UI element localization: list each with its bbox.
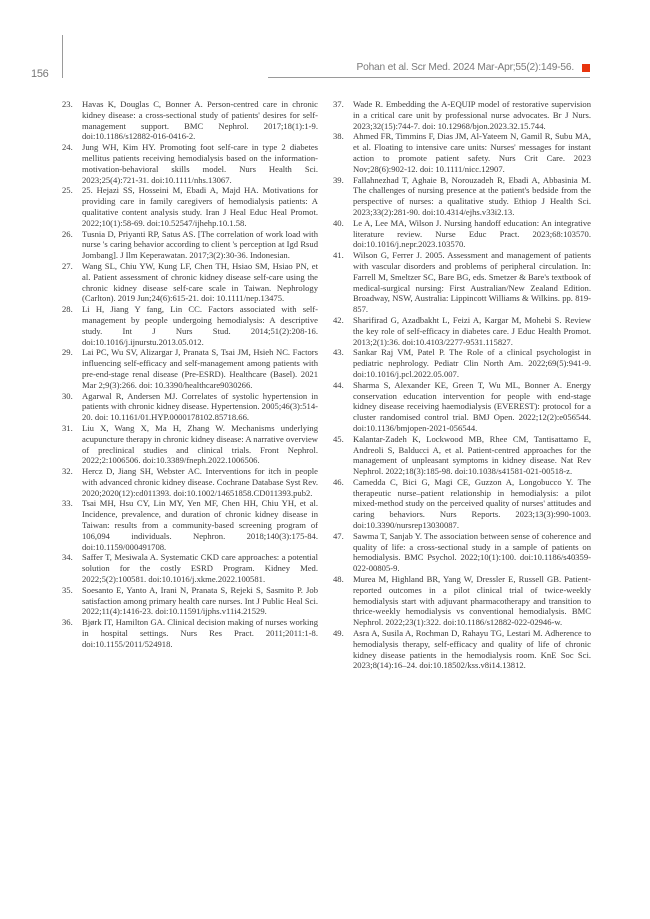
reference-number: 36.	[62, 617, 73, 628]
reference-item: 28.Li H, Jiang Y fang, Lin CC. Factors a…	[62, 304, 318, 347]
reference-text: Le A, Lee MA, Wilson J. Nursing handoff …	[353, 218, 591, 250]
reference-text: Camedda C, Bici G, Magi CE, Guzzon A, Lo…	[353, 477, 591, 530]
reference-list: 37.Wade R. Embedding the A-EQUIP model o…	[333, 99, 591, 671]
reference-item: 41.Wilson G, Ferrer J. 2005. Assessment …	[333, 250, 591, 315]
reference-item: 27.Wang SL, Chiu YW, Kung LF, Chen TH, H…	[62, 261, 318, 304]
reference-item: 42.Sharifirad G, Azadbakht L, Feizi A, K…	[333, 315, 591, 347]
reference-item: 32.Hercz D, Jiang SH, Webster AC. Interv…	[62, 466, 318, 498]
reference-number: 24.	[62, 142, 73, 153]
reference-number: 48.	[333, 574, 344, 585]
reference-item: 33.Tsai MH, Hsu CY, Lin MY, Yen MF, Chen…	[62, 498, 318, 552]
reference-text: Sawma T, Sanjab Y. The association betwe…	[353, 531, 591, 573]
reference-text: 25. Hejazi SS, Hosseini M, Ebadi A, Majd…	[82, 185, 318, 227]
reference-list: 23.Havas K, Douglas C, Bonner A. Person-…	[62, 99, 318, 650]
reference-item: 43.Sankar Raj VM, Patel P. The Role of a…	[333, 347, 591, 379]
reference-text: Lai PC, Wu SV, Alizargar J, Pranata S, T…	[82, 347, 318, 389]
reference-number: 40.	[333, 218, 344, 229]
reference-item: 31.Liu X, Wang X, Ma H, Zhang W. Mechani…	[62, 423, 318, 466]
reference-text: Sharifirad G, Azadbakht L, Feizi A, Karg…	[353, 315, 591, 347]
reference-number: 34.	[62, 552, 73, 563]
reference-number: 29.	[62, 347, 73, 358]
page-number-divider	[62, 35, 63, 78]
reference-item: 38.Ahmed FR, Timmins F, Dias JM, Al-Yate…	[333, 131, 591, 174]
reference-text: Liu X, Wang X, Ma H, Zhang W. Mechanisms…	[82, 423, 318, 465]
reference-number: 47.	[333, 531, 344, 542]
reference-text: Agarwal R, Andersen MJ. Correlates of sy…	[82, 391, 318, 423]
reference-text: Li H, Jiang Y fang, Lin CC. Factors asso…	[82, 304, 318, 346]
reference-number: 43.	[333, 347, 344, 358]
reference-item: 45.Kalantar-Zadeh K, Lockwood MB, Rhee C…	[333, 434, 591, 477]
reference-text: Asra A, Susila A, Rochman D, Rahayu TG, …	[353, 628, 591, 670]
page-number: 156	[31, 68, 48, 80]
reference-number: 49.	[333, 628, 344, 639]
reference-item: 40.Le A, Lee MA, Wilson J. Nursing hando…	[333, 218, 591, 250]
reference-text: Havas K, Douglas C, Bonner A. Person-cen…	[82, 99, 318, 141]
reference-text: Sankar Raj VM, Patel P. The Role of a cl…	[353, 347, 591, 379]
reference-number: 38.	[333, 131, 344, 142]
reference-text: Fallahnezhad T, Aghaie B, Norouzadeh R, …	[353, 175, 591, 217]
reference-number: 30.	[62, 391, 73, 402]
reference-text: Tusnia D, Priyanti RP, Satus AS. [The co…	[82, 229, 318, 261]
reference-number: 37.	[333, 99, 344, 110]
running-head-citation: Pohan et al. Scr Med. 2024 Mar-Apr;55(2)…	[357, 62, 574, 73]
reference-item: 34.Saffer T, Mesiwala A. Systematic CKD …	[62, 552, 318, 584]
reference-text: Bjørk IT, Hamilton GA. Clinical decision…	[82, 617, 318, 649]
reference-number: 42.	[333, 315, 344, 326]
reference-text: Tsai MH, Hsu CY, Lin MY, Yen MF, Chen HH…	[82, 498, 318, 551]
reference-item: 36.Bjørk IT, Hamilton GA. Clinical decis…	[62, 617, 318, 649]
reference-item: 30.Agarwal R, Andersen MJ. Correlates of…	[62, 391, 318, 423]
reference-item: 25.25. Hejazi SS, Hosseini M, Ebadi A, M…	[62, 185, 318, 228]
reference-number: 46.	[333, 477, 344, 488]
references-column-right: 37.Wade R. Embedding the A-EQUIP model o…	[333, 99, 591, 671]
reference-text: Murea M, Highland BR, Yang W, Dressler E…	[353, 574, 591, 627]
reference-number: 35.	[62, 585, 73, 596]
reference-number: 39.	[333, 175, 344, 186]
reference-item: 24.Jung WH, Kim HY. Promoting foot self-…	[62, 142, 318, 185]
reference-number: 25.	[62, 185, 73, 196]
reference-item: 46.Camedda C, Bici G, Magi CE, Guzzon A,…	[333, 477, 591, 531]
reference-item: 26.Tusnia D, Priyanti RP, Satus AS. [The…	[62, 229, 318, 261]
reference-item: 48.Murea M, Highland BR, Yang W, Dressle…	[333, 574, 591, 628]
reference-item: 37.Wade R. Embedding the A-EQUIP model o…	[333, 99, 591, 131]
reference-item: 49.Asra A, Susila A, Rochman D, Rahayu T…	[333, 628, 591, 671]
reference-item: 35.Soesanto E, Yanto A, Irani N, Pranata…	[62, 585, 318, 617]
reference-number: 23.	[62, 99, 73, 110]
reference-text: Sharma S, Alexander KE, Green T, Wu ML, …	[353, 380, 591, 433]
reference-text: Jung WH, Kim HY. Promoting foot self-car…	[82, 142, 318, 184]
reference-number: 44.	[333, 380, 344, 391]
reference-text: Ahmed FR, Timmins F, Dias JM, Al-Yateem …	[353, 131, 591, 173]
reference-item: 44.Sharma S, Alexander KE, Green T, Wu M…	[333, 380, 591, 434]
reference-text: Hercz D, Jiang SH, Webster AC. Intervent…	[82, 466, 318, 498]
reference-number: 28.	[62, 304, 73, 315]
reference-number: 32.	[62, 466, 73, 477]
reference-item: 29.Lai PC, Wu SV, Alizargar J, Pranata S…	[62, 347, 318, 390]
reference-text: Soesanto E, Yanto A, Irani N, Pranata S,…	[82, 585, 318, 617]
reference-item: 23.Havas K, Douglas C, Bonner A. Person-…	[62, 99, 318, 142]
reference-item: 47.Sawma T, Sanjab Y. The association be…	[333, 531, 591, 574]
running-head: Pohan et al. Scr Med. 2024 Mar-Apr;55(2)…	[268, 62, 590, 78]
reference-number: 33.	[62, 498, 73, 509]
reference-text: Wade R. Embedding the A-EQUIP model of r…	[353, 99, 591, 131]
reference-number: 27.	[62, 261, 73, 272]
references-column-left: 23.Havas K, Douglas C, Bonner A. Person-…	[62, 99, 318, 650]
reference-text: Kalantar-Zadeh K, Lockwood MB, Rhee CM, …	[353, 434, 591, 476]
reference-text: Wang SL, Chiu YW, Kung LF, Chen TH, Hsia…	[82, 261, 318, 303]
reference-text: Saffer T, Mesiwala A. Systematic CKD car…	[82, 552, 318, 584]
reference-number: 26.	[62, 229, 73, 240]
reference-number: 41.	[333, 250, 344, 261]
reference-item: 39.Fallahnezhad T, Aghaie B, Norouzadeh …	[333, 175, 591, 218]
reference-text: Wilson G, Ferrer J. 2005. Assessment and…	[353, 250, 591, 314]
reference-number: 31.	[62, 423, 73, 434]
accent-square-icon	[582, 64, 590, 72]
reference-number: 45.	[333, 434, 344, 445]
